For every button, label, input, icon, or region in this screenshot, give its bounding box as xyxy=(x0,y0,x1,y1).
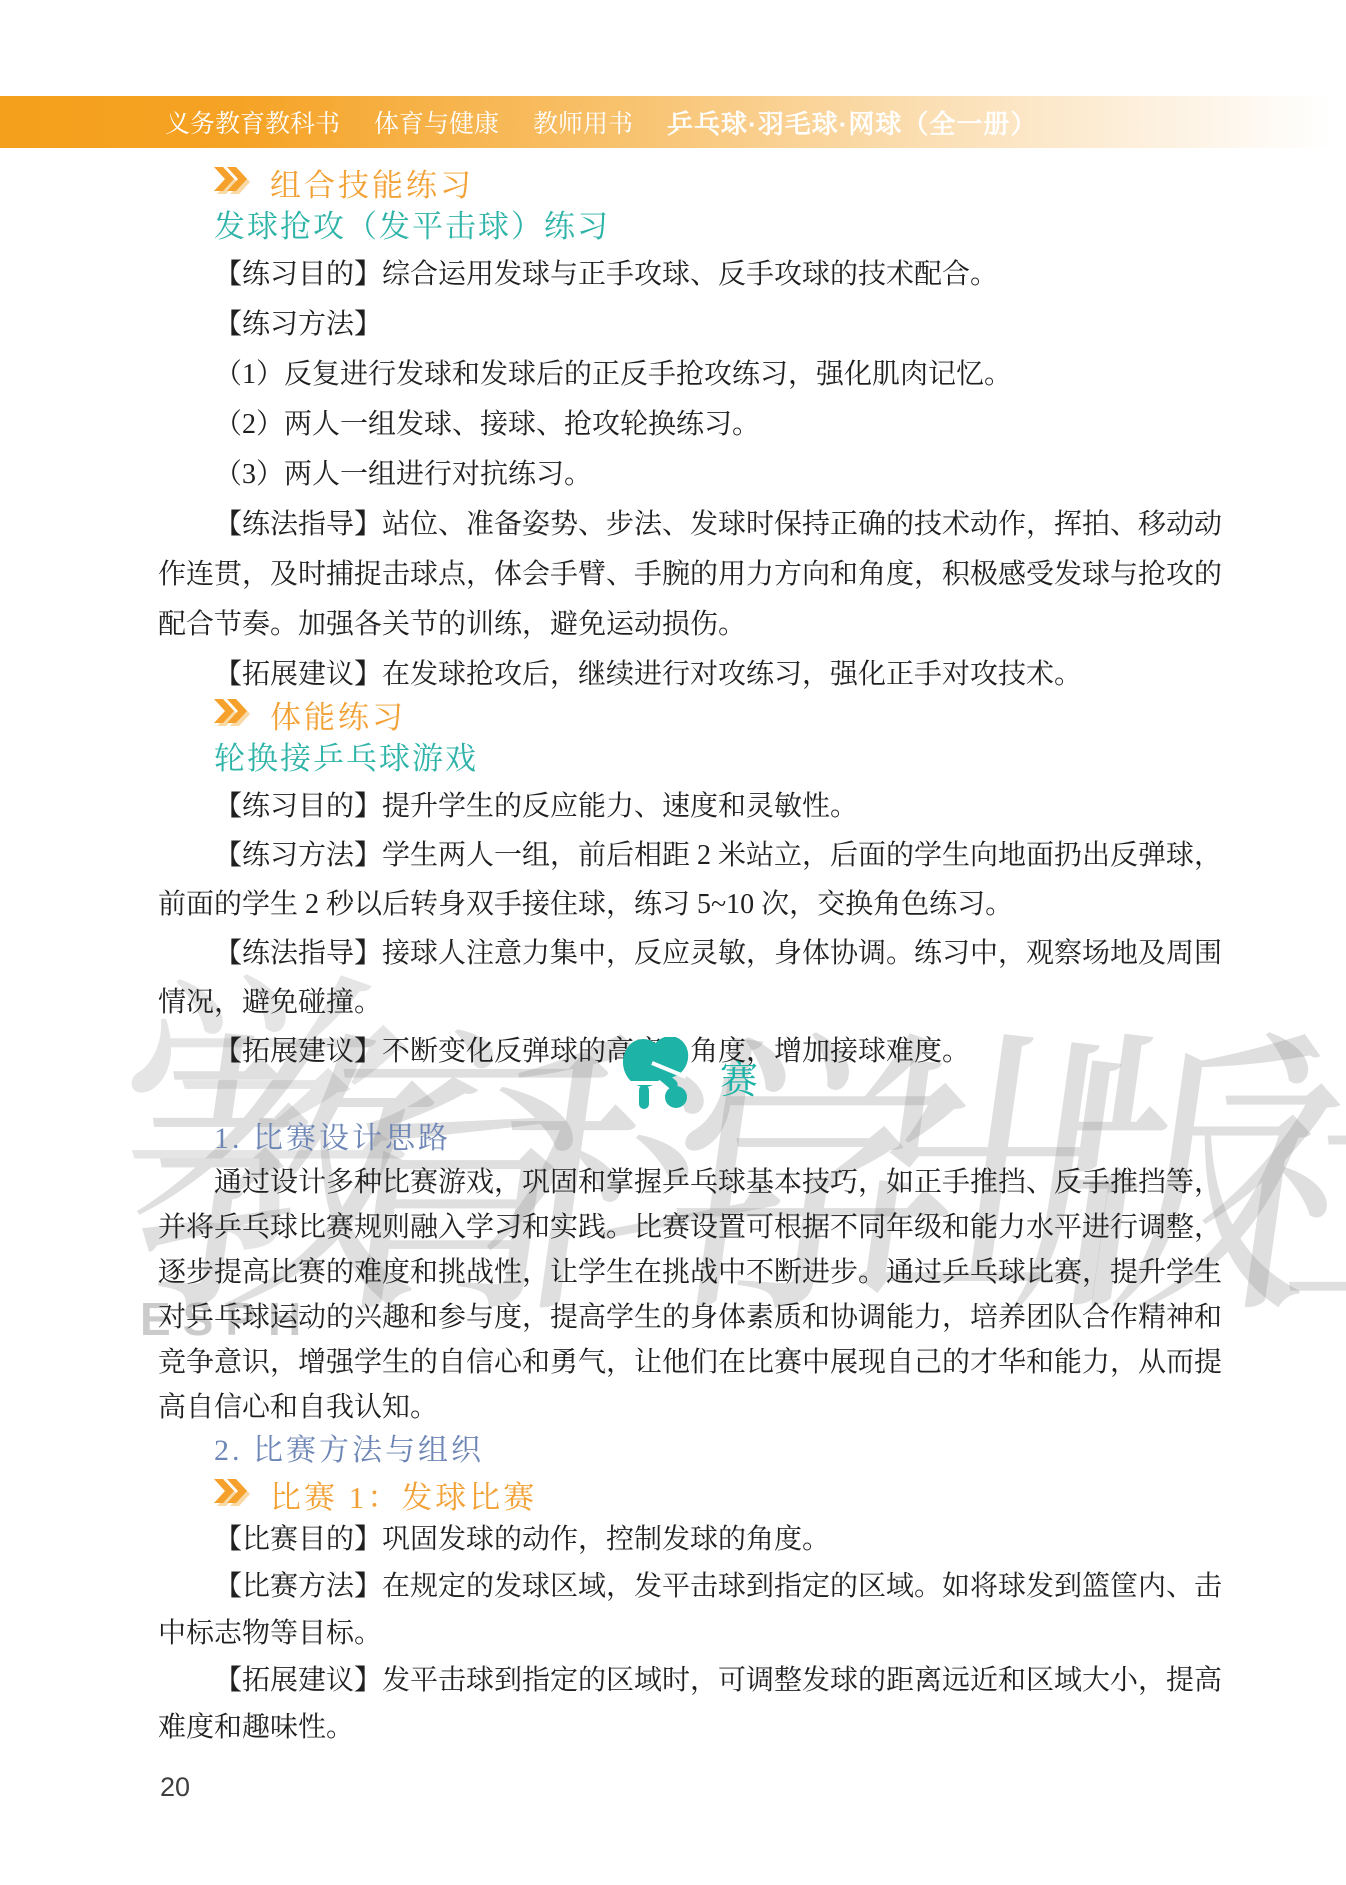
fitness-heading: 体能练习 xyxy=(270,692,406,737)
double-chevron-icon xyxy=(214,167,254,197)
combo-paragraph: （1）反复进行发球和发球后的正反手抢攻练习，强化肌肉记忆。 xyxy=(158,350,1222,400)
header-volume-title: 乒乓球·羽毛球·网球（全一册） xyxy=(667,104,1037,141)
competition-design-heading: 1. 比赛设计思路 xyxy=(214,1118,1222,1160)
fitness-paragraph: 【练法指导】接球人注意力集中，反应灵敏，身体协调。练习中，观察场地及周围情况，避… xyxy=(158,929,1222,1027)
header-subject-title: 体育与健康 xyxy=(374,104,499,140)
match1-heading-row: 比赛 1：发球比赛 xyxy=(214,1472,1222,1516)
fitness-paragraph: 【练习方法】学生两人一组，前后相距 2 米站立，后面的学生向地面扔出反弹球，前面… xyxy=(158,831,1222,929)
combo-paragraph: 【练习方法】 xyxy=(158,300,1222,350)
page-header-band: 义务教育教科书 体育与健康 教师用书 乒乓球·羽毛球·网球（全一册） xyxy=(0,96,1332,148)
match1-paragraph: 【比赛方法】在规定的发球区域，发平击球到指定的区域。如将球发到篮筐内、击中标志物… xyxy=(158,1563,1222,1657)
competition-methods-heading: 2. 比赛方法与组织 xyxy=(214,1430,1222,1472)
competition-banner: 赛 xyxy=(158,1036,1222,1116)
combo-paragraph: 【练法指导】站位、准备姿势、步法、发球时保持正确的技术动作，挥拍、移动动作连贯，… xyxy=(158,500,1222,650)
combo-paragraph: （3）两人一组进行对抗练习。 xyxy=(158,450,1222,500)
fitness-paragraph: 【练习目的】提升学生的反应能力、速度和灵敏性。 xyxy=(158,782,1222,831)
combo-paragraph: （2）两人一组发球、接球、抢攻轮换练习。 xyxy=(158,400,1222,450)
match1-heading: 比赛 1：发球比赛 xyxy=(270,1472,537,1517)
page-number: 20 xyxy=(160,1772,190,1803)
double-chevron-icon xyxy=(214,1479,254,1509)
competition-banner-label: 赛 xyxy=(720,1049,760,1104)
section-competition-design: 1. 比赛设计思路 通过设计多种比赛游戏，巩固和掌握乒乓球基本技巧，如正手推挡、… xyxy=(158,1118,1222,1430)
competition-design-paragraph: 通过设计多种比赛游戏，巩固和掌握乒乓球基本技巧，如正手推挡、反手推挡等，并将乒乓… xyxy=(158,1160,1222,1430)
combo-paragraph: 【练习目的】综合运用发球与正手攻球、反手攻球的技术配合。 xyxy=(158,250,1222,300)
section-competition-methods: 2. 比赛方法与组织 比赛 1：发球比赛 【比赛目的】巩固发球的动作，控制发球的… xyxy=(158,1430,1222,1751)
section-combo-skills: 组合技能练习 发球抢攻（发平击球）练习 【练习目的】综合运用发球与正手攻球、反手… xyxy=(158,160,1222,700)
combo-skills-heading-row: 组合技能练习 xyxy=(214,160,1222,204)
match1-paragraph: 【拓展建议】发平击球到指定的区域时，可调整发球的距离远近和区域大小，提高难度和趣… xyxy=(158,1657,1222,1751)
section-fitness: 体能练习 轮换接乒乓球游戏 【练习目的】提升学生的反应能力、速度和灵敏性。 【练… xyxy=(158,692,1222,1076)
match1-paragraph: 【比赛目的】巩固发球的动作，控制发球的角度。 xyxy=(158,1516,1222,1563)
double-chevron-icon xyxy=(214,699,254,729)
header-book-type: 教师用书 xyxy=(533,104,633,140)
combo-skills-heading: 组合技能练习 xyxy=(270,160,474,205)
fitness-heading-row: 体能练习 xyxy=(214,692,1222,736)
fitness-subtitle: 轮换接乒乓球游戏 xyxy=(214,736,1222,782)
combo-skills-subtitle: 发球抢攻（发平击球）练习 xyxy=(214,204,1222,250)
header-series-title: 义务教育教科书 xyxy=(165,104,340,140)
table-tennis-paddles-icon xyxy=(620,1037,692,1115)
